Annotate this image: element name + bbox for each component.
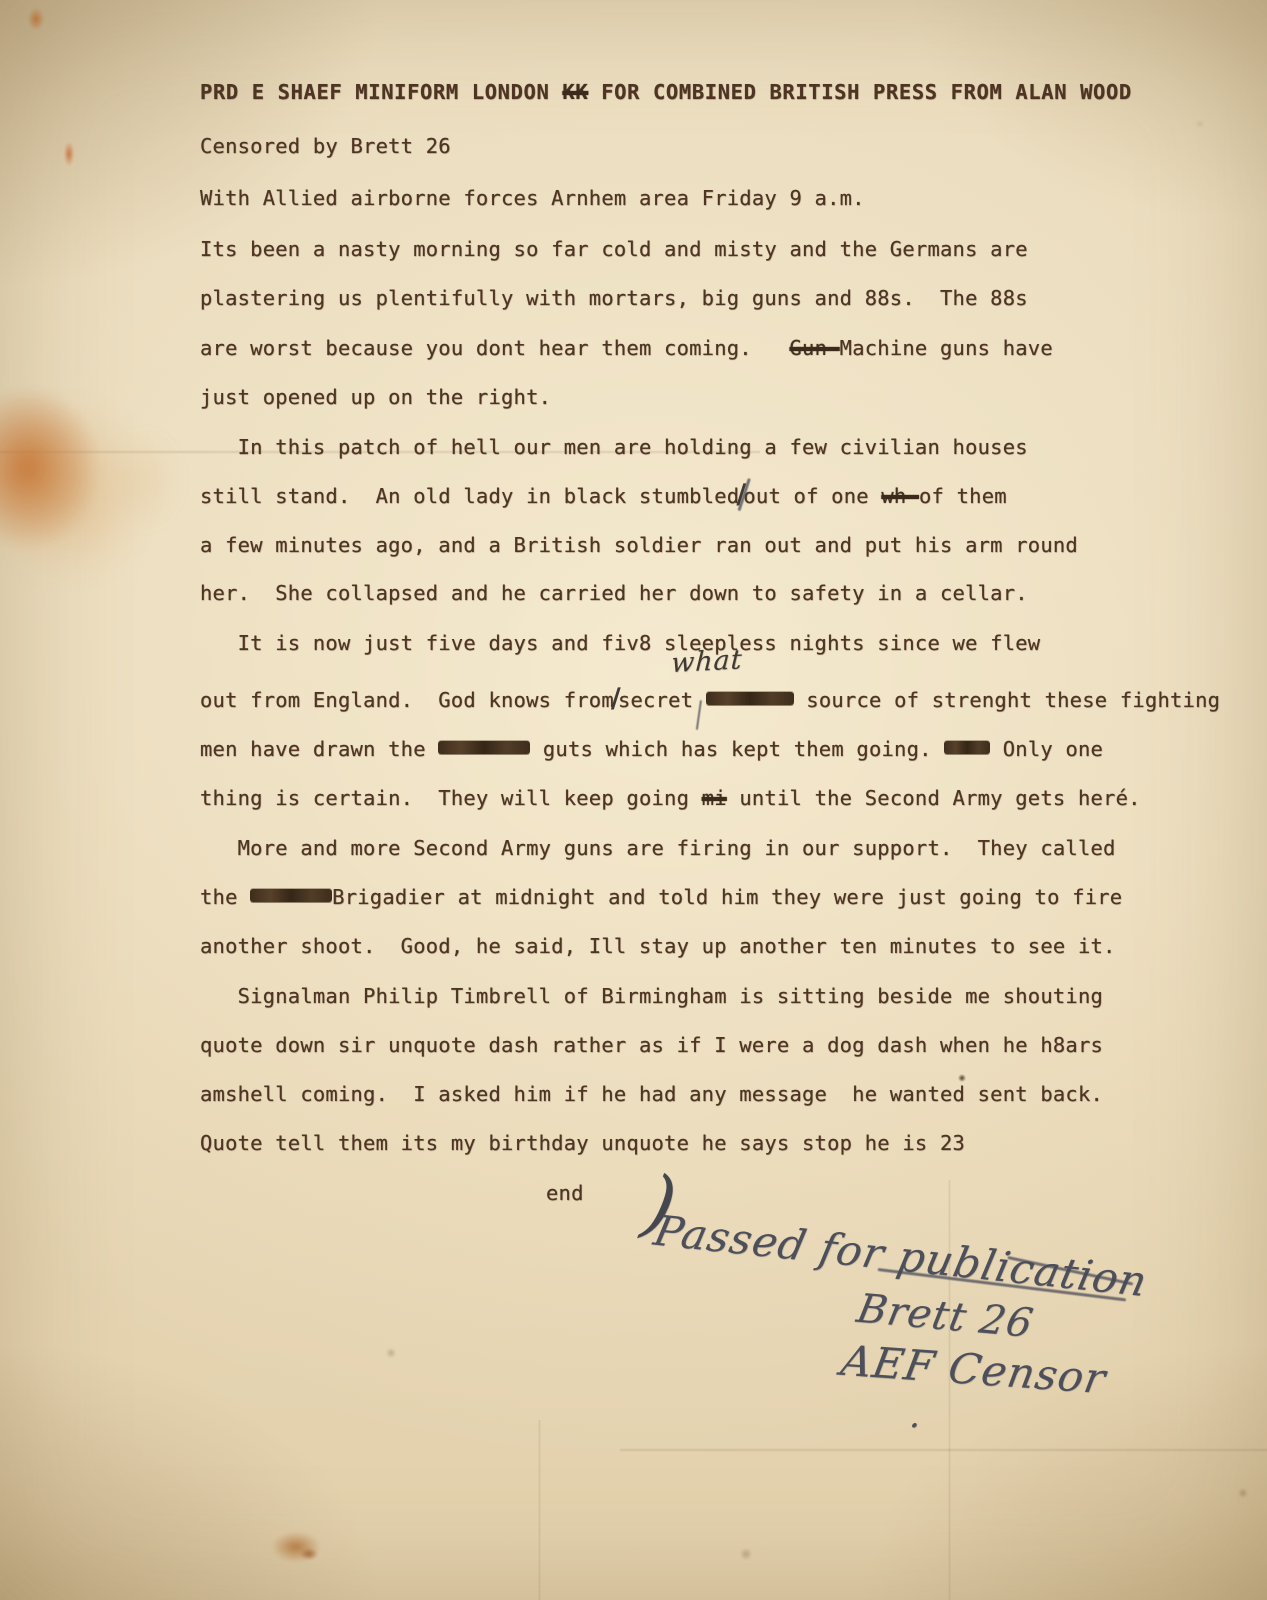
- end-marker: end: [546, 1181, 584, 1205]
- typed-text: Its been a nasty morning so far cold and…: [200, 237, 1028, 261]
- typed-text: With Allied airborne forces Arnhem area …: [200, 186, 865, 210]
- body-line: quote down sir unquote dash rather as if…: [200, 1033, 1103, 1057]
- typed-text: Machine guns have: [840, 336, 1053, 360]
- typed-text: still stand. An old lady in black stumbl…: [200, 484, 739, 508]
- body-line: amshell coming. I asked him if he had an…: [200, 1082, 1103, 1106]
- body-line: men have drawn the guts which has kept t…: [200, 737, 1103, 761]
- censor-blot: [250, 889, 332, 902]
- body-line: a few minutes ago, and a British soldier…: [200, 533, 1078, 557]
- typed-text: mi: [702, 786, 727, 810]
- body-line: In this patch of hell our men are holdin…: [200, 435, 1028, 459]
- typed-text: Brigadier at midnight and told him they …: [332, 885, 1122, 909]
- typed-text: Gun-: [789, 336, 839, 360]
- typed-text: Censored by Brett 26: [200, 134, 451, 158]
- dateline: With Allied airborne forces Arnhem area …: [200, 186, 865, 210]
- typed-text: the: [200, 885, 250, 909]
- typed-text: Quote tell them its my birthday unquote …: [200, 1131, 965, 1155]
- typed-text: out of one: [743, 484, 881, 508]
- crease-vertical-bottom: [538, 1420, 541, 1600]
- speck-top-right: [1196, 120, 1204, 128]
- speck-right-edge: [1238, 1488, 1248, 1498]
- orange-dot-top-left: [28, 8, 44, 30]
- document-page: PRD E SHAEF MINIFORM LONDON KK FOR COMBI…: [0, 0, 1267, 1600]
- typed-text: In this patch of hell our men are holdin…: [200, 435, 1028, 459]
- censor-blot: [706, 692, 794, 705]
- body-line: Quote tell them its my birthday unquote …: [200, 1131, 965, 1155]
- typed-text: are worst because you dont hear them com…: [200, 336, 789, 360]
- speck-mid-left: [386, 1348, 396, 1358]
- handwritten-insert-what: what: [670, 644, 743, 679]
- orange-tick-left: [64, 142, 74, 166]
- faint-stain-left: [110, 430, 180, 530]
- typed-text: quote down sir unquote dash rather as if…: [200, 1033, 1103, 1057]
- typed-text: More and more Second Army guns are firin…: [200, 836, 1116, 860]
- typed-text: KK: [562, 80, 588, 104]
- orange-blot-left-edge: [0, 388, 98, 548]
- censor-note-line3: AEF Censor: [837, 1336, 1109, 1403]
- body-line: are worst because you dont hear them com…: [200, 336, 1053, 360]
- typed-text: her. She collapsed and he carried her do…: [200, 581, 1028, 605]
- typed-text: PRD E SHAEF MINIFORM LONDON: [200, 80, 562, 104]
- typed-text: wh-: [881, 484, 919, 508]
- censor-blot: [438, 741, 530, 754]
- body-line: the Brigadier at midnight and told him t…: [200, 885, 1122, 909]
- body-line: plastering us plentifully with mortars, …: [200, 286, 1028, 310]
- speck-bottom-center: [740, 1548, 752, 1560]
- typed-text: another shoot. Good, he said, Ill stay u…: [200, 934, 1116, 958]
- body-line: Signalman Philip Timbrell of Birmingham …: [200, 984, 1103, 1008]
- typed-text: guts which has kept them going.: [530, 737, 944, 761]
- typed-text: until the Second Army gets heré.: [727, 786, 1141, 810]
- ink-dot-above-message: [958, 1074, 966, 1082]
- crease-horizontal-lower: [620, 1448, 1267, 1452]
- typed-text: Only one: [990, 737, 1103, 761]
- typed-text: plastering us plentifully with mortars, …: [200, 286, 1028, 310]
- typed-text: a few minutes ago, and a British soldier…: [200, 533, 1078, 557]
- typed-text: men have drawn the: [200, 737, 438, 761]
- censor-blot: [944, 741, 990, 754]
- typed-text: FOR COMBINED BRITISH PRESS FROM ALAN WOO…: [588, 80, 1132, 104]
- orange-halo-left-edge: [0, 400, 150, 580]
- body-line: her. She collapsed and he carried her do…: [200, 581, 1028, 605]
- body-line: More and more Second Army guns are firin…: [200, 836, 1116, 860]
- header-line: PRD E SHAEF MINIFORM LONDON KK FOR COMBI…: [200, 80, 1132, 104]
- body-line: out from England. God knows from∕secret …: [200, 688, 1220, 712]
- rust-cluster-bottom-left: [272, 1532, 320, 1562]
- typed-text: source of strenght these fighting: [794, 688, 1220, 712]
- body-line: another shoot. Good, he said, Ill stay u…: [200, 934, 1116, 958]
- typed-text: secret: [618, 688, 706, 712]
- body-line: just opened up on the right.: [200, 385, 551, 409]
- typed-text: out from England. God knows from: [200, 688, 614, 712]
- typed-text: amshell coming. I asked him if he had an…: [200, 1082, 1103, 1106]
- body-line: still stand. An old lady in black stumbl…: [200, 484, 1007, 508]
- typed-text: just opened up on the right.: [200, 385, 551, 409]
- typed-text: thing is certain. They will keep going: [200, 786, 702, 810]
- censor-line: Censored by Brett 26: [200, 134, 451, 158]
- body-line: It is now just five days and fiv8 sleepl…: [200, 631, 1040, 655]
- body-line: thing is certain. They will keep going m…: [200, 786, 1141, 810]
- typed-text: Signalman Philip Timbrell of Birmingham …: [200, 984, 1103, 1008]
- censor-note-dot: .: [908, 1396, 924, 1436]
- typed-text: end: [546, 1181, 584, 1205]
- body-line: Its been a nasty morning so far cold and…: [200, 237, 1028, 261]
- typed-text: It is now just five days and fiv8 sleepl…: [200, 631, 1040, 655]
- typed-text: of them: [919, 484, 1007, 508]
- rust-speck-bottom-left-2: [300, 1548, 318, 1560]
